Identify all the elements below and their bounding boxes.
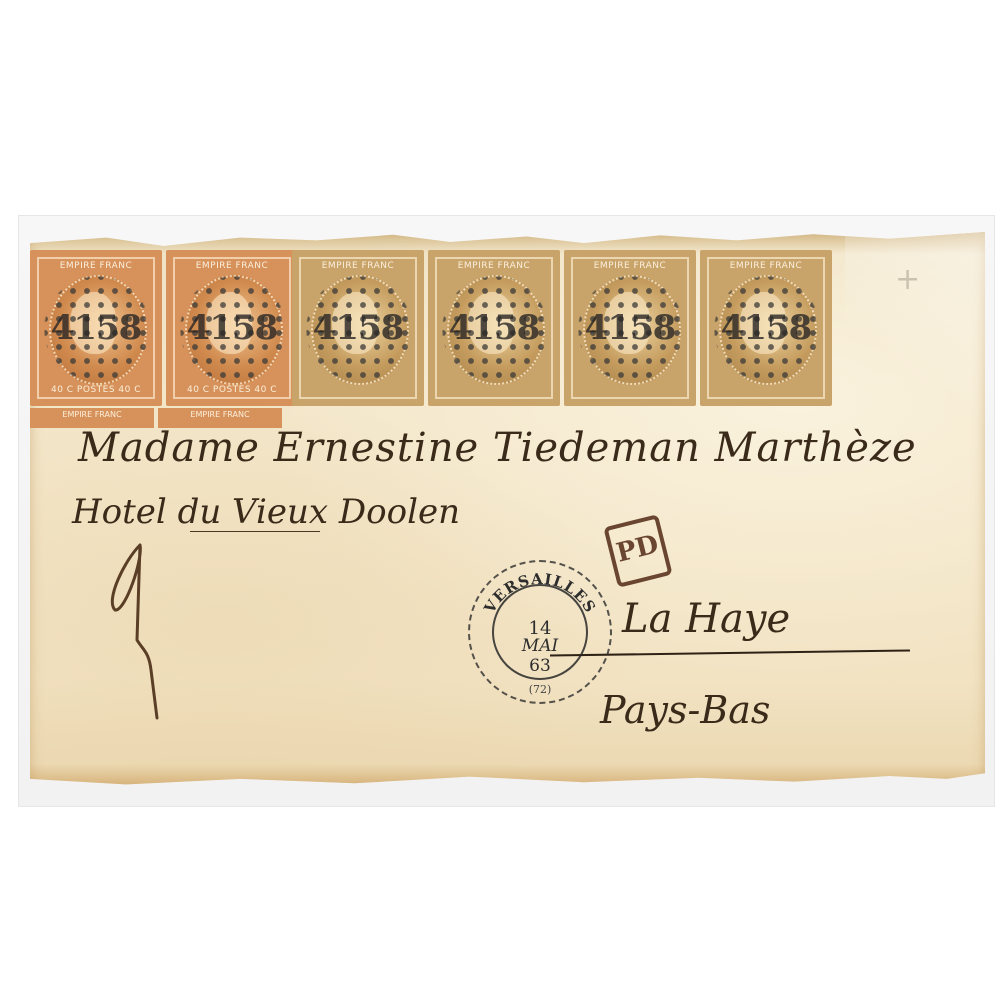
stamp-20c: EMPIRE FRANC 4158 xyxy=(564,250,696,406)
postmark-month: MAI xyxy=(494,636,586,656)
postmark-code: (72) xyxy=(470,683,610,696)
address-line-2: Hotel du Vieux Doolen xyxy=(72,492,460,532)
pd-text: PD xyxy=(611,529,665,570)
postmark-year: 63 xyxy=(494,656,586,676)
address-underline xyxy=(190,531,320,532)
orange-stamp-pair: EMPIRE FRANC 40 C POSTES 40 C 4158 EMPIR… xyxy=(30,250,302,408)
stamp-20c: EMPIRE FRANC 4158 xyxy=(700,250,832,406)
stamp-20c: EMPIRE FRANC 4158 xyxy=(428,250,560,406)
scene: + EMPIRE FRANC 40 C POSTES 40 C 4158 EMP… xyxy=(0,0,1000,1000)
bistre-stamp-strip: EMPIRE FRANC 4158 EMPIRE FRANC 4158 EMPI… xyxy=(292,250,836,408)
versailles-postmark: VERSAILLES 14 MAI 63 (72) xyxy=(468,560,612,704)
stamp-40c: EMPIRE FRANC 40 C POSTES 40 C 4158 xyxy=(30,250,162,406)
cancel-number: 4158 xyxy=(700,308,832,348)
address-city: La Haye xyxy=(622,596,790,642)
cancel-number: 4158 xyxy=(428,308,560,348)
stamp-20c: EMPIRE FRANC 4158 xyxy=(292,250,424,406)
cancel-number: 4158 xyxy=(292,308,424,348)
address-line-1: Madame Ernestine Tiedeman Marthèze xyxy=(78,425,917,471)
address-country: Pays-Bas xyxy=(600,688,770,732)
postmark-inner-ring: 14 MAI 63 xyxy=(492,584,588,680)
cancel-number: 4158 xyxy=(30,308,162,348)
pencil-cross-mark: + xyxy=(895,262,920,297)
cancel-number: 4158 xyxy=(166,308,298,348)
manuscript-2-mark-icon xyxy=(95,540,165,730)
stamp-40c: EMPIRE FRANC 40 C POSTES 40 C 4158 xyxy=(166,250,298,406)
cancel-number: 4158 xyxy=(564,308,696,348)
